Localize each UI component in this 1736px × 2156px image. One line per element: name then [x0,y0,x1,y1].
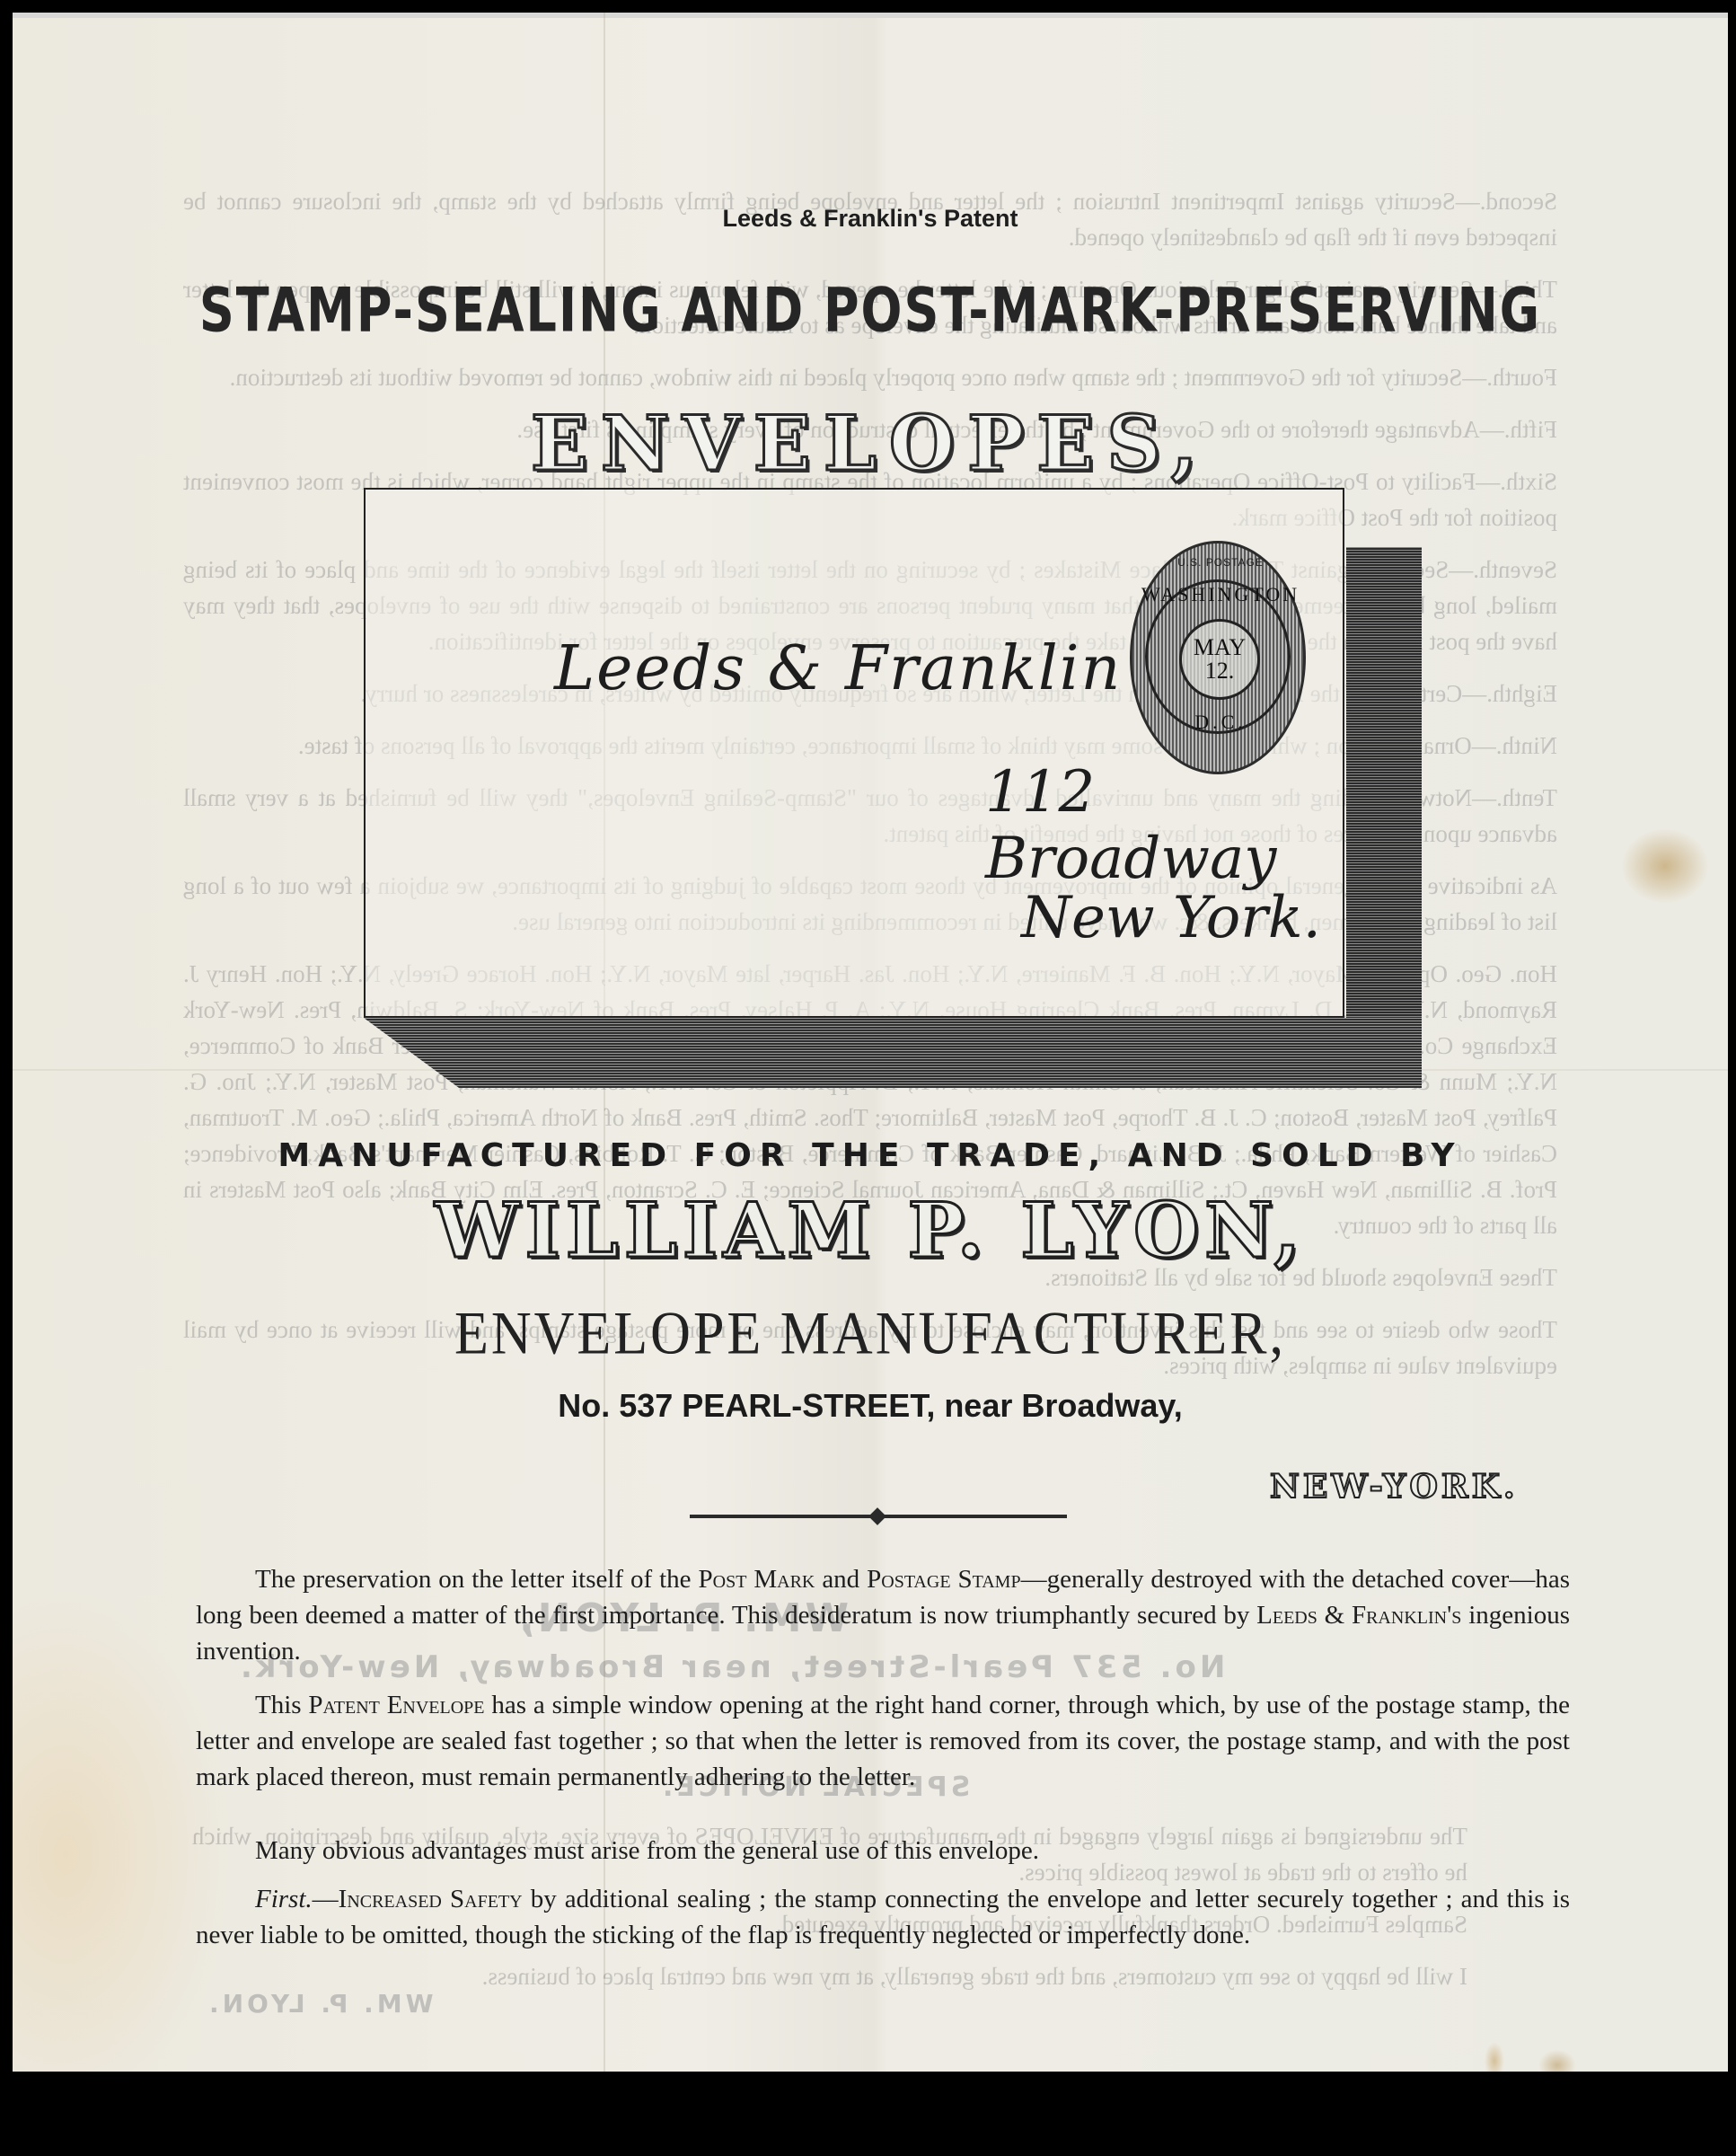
postmark-date: MAY 12. [1179,619,1260,700]
paragraph-preservation: The preservation on the letter itself of… [196,1561,1570,1669]
seller-trade: ENVELOPE MANUFACTURER, [13,1299,1728,1369]
postmark-state: D.C. [1132,711,1309,734]
postmark-city: WASHINGTON [1132,583,1309,606]
envelope-illustration: U.S. POSTAGE WASHINGTON MAY 12. D.C. Lee… [364,488,1432,1099]
seller-address: No. 537 PEARL-STREET, near Broadway, [13,1387,1728,1425]
reverse-bleed-notice-signature: WM. P. LYON. [206,1989,434,2019]
envelope-shadow-bottom [364,1018,1422,1088]
paragraph-patent-envelope: This Patent Envelope has a simple window… [196,1687,1570,1795]
title-envelopes: ENVELOPES, [13,399,1728,488]
headline: STAMP-SEALING AND POST-MARK-PRESERVING [13,275,1728,346]
address-city: New York. [1021,885,1321,951]
envelope-face: U.S. POSTAGE WASHINGTON MAY 12. D.C. Lee… [364,488,1344,1018]
patent-subtitle: Leeds & Franklin's Patent [13,205,1728,233]
address-street: 112 Broadway [985,759,1343,892]
manufactured-line: MANUFACTURED FOR THE TRADE, AND SOLD BY [13,1137,1728,1174]
paper-top-edge [13,13,1728,18]
seller-city: NEW-YORK. [1270,1468,1519,1506]
broadside-paper: Second.—Security against Impertinent Int… [13,13,1728,2072]
postmark-month: MAY [1194,636,1246,659]
stamp-label: U.S. POSTAGE [1132,556,1309,569]
envelope-shadow-right [1346,547,1422,1086]
postage-stamp-icon: U.S. POSTAGE WASHINGTON MAY 12. D.C. [1130,541,1306,774]
paragraph-first-advantage: First.—Increased Safety by additional se… [196,1881,1570,1953]
paragraph-advantages: Many obvious advantages must arise from … [196,1833,1570,1869]
seller-name: WILLIAM P. LYON, [13,1186,1728,1275]
divider-ornament-icon [868,1507,886,1525]
postmark-day: 12. [1205,659,1235,683]
address-name: Leeds & Franklin [554,633,1122,704]
